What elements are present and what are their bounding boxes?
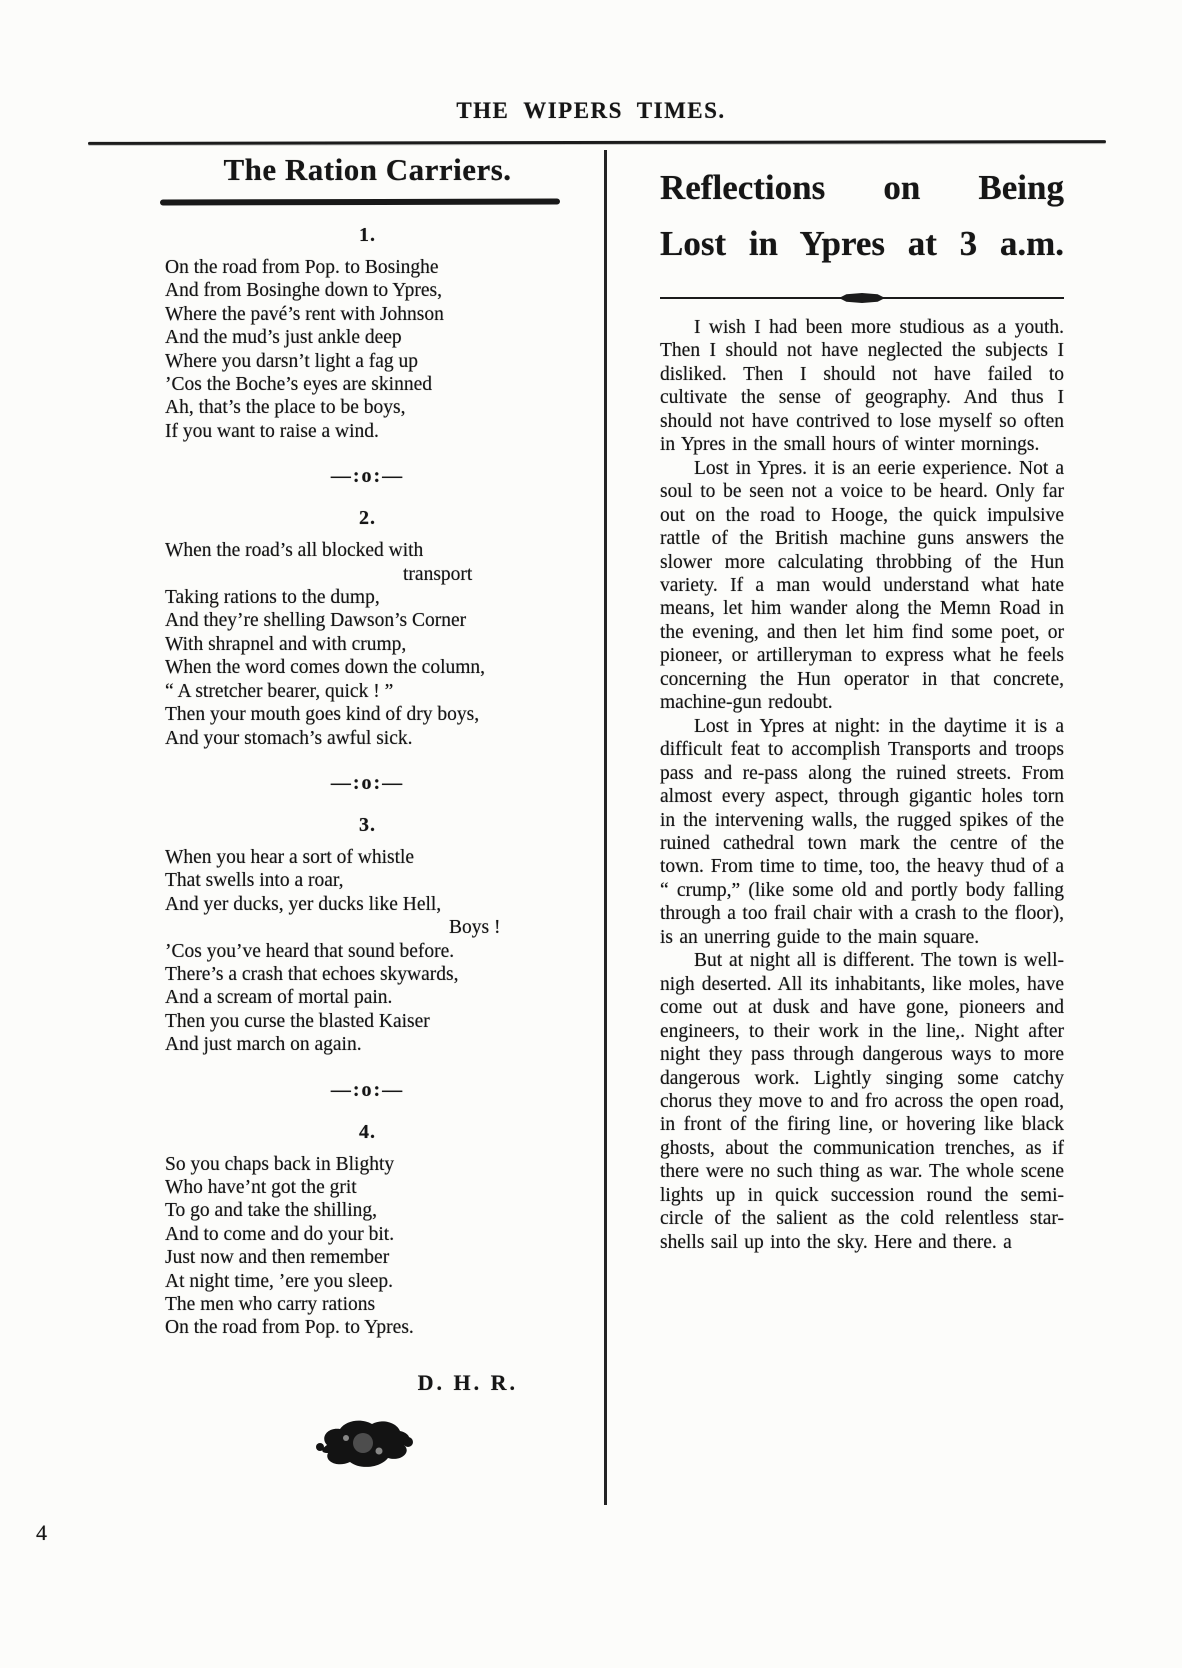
article-ration-carriers: The Ration Carriers. 1. On the road from… (165, 152, 570, 1472)
diamond-icon (839, 293, 885, 303)
poem-line: Where the pavé’s rent with Johnson (165, 303, 570, 326)
article-paragraph: But at night all is different. The town … (660, 949, 1064, 1254)
poem-line: On the road from Pop. to Ypres. (165, 1316, 570, 1339)
poem-line: And from Bosinghe down to Ypres, (165, 279, 570, 302)
stanza-lines: When you hear a sort of whistleThat swel… (165, 846, 570, 1057)
masthead-rule (88, 140, 1106, 145)
poem-line: ’Cos the Boche’s eyes are skinned (165, 373, 570, 396)
article-paragraph: Lost in Ypres. it is an eerie experience… (660, 457, 1064, 715)
page-number: 4 (36, 1520, 47, 1546)
poem-line: When you hear a sort of whistle (165, 846, 570, 869)
stanza-number: 3. (165, 814, 570, 837)
poem-stanza-4: 4. So you chaps back in BlightyWho have’… (165, 1121, 570, 1340)
poem-line: And just march on again. (165, 1033, 570, 1056)
poem-stanza-1: 1. On the road from Pop. to BosingheAnd … (165, 224, 570, 443)
poem-stanza-3: 3. When you hear a sort of whistleThat s… (165, 814, 570, 1057)
poem-line: And to come and do your bit. (165, 1223, 570, 1246)
ornament-line-left (660, 297, 842, 300)
poem-line: Taking rations to the dump, (165, 586, 570, 609)
poem-stanza-2: 2. When the road’s all blocked withtrans… (165, 507, 570, 750)
poem-line: On the road from Pop. to Bosinghe (165, 256, 570, 279)
column-divider (604, 150, 607, 1505)
poem-line: When the road’s all blocked with (165, 539, 570, 562)
poem-line: And yer ducks, yer ducks like Hell, (165, 893, 570, 916)
poem-line: Where you darsn’t light a fag up (165, 350, 570, 373)
ornament-line-right (882, 297, 1064, 300)
poem-title: The Ration Carriers. (165, 152, 570, 188)
poem-line: To go and take the shilling, (165, 1199, 570, 1222)
stanza-lines: On the road from Pop. to BosingheAnd fro… (165, 256, 570, 443)
poem-line: That swells into a roar, (165, 869, 570, 892)
masthead-title: THE WIPERS TIMES. (0, 98, 1182, 124)
article-title-line2: Lost in Ypres at 3 a.m. (660, 216, 1064, 272)
poem-line: Then your mouth goes kind of dry boys, (165, 703, 570, 726)
stanza-number: 4. (165, 1121, 570, 1144)
poem-line: “ A stretcher bearer, quick ! ” (165, 680, 570, 703)
poem-line: There’s a crash that echoes skywards, (165, 963, 570, 986)
poem-line: Then you curse the blasted Kaiser (165, 1010, 570, 1033)
ink-blot-icon (313, 1416, 415, 1472)
poem-line: Just now and then remember (165, 1246, 570, 1269)
article-title-line1: Reflections on Being (660, 160, 1064, 216)
poem-line: And they’re shelling Dawson’s Corner (165, 609, 570, 632)
stanza-number: 1. (165, 224, 570, 247)
article-title: Reflections on Being Lost in Ypres at 3 … (660, 160, 1064, 272)
ornamental-divider: —:o:— (165, 465, 570, 488)
poem-line: When the word comes down the column, (165, 656, 570, 679)
poem-line: ’Cos you’ve heard that sound before. (165, 940, 570, 963)
stanza-number: 2. (165, 507, 570, 530)
poem-title-rule (160, 198, 560, 205)
article-body: I wish I had been more studious as a you… (660, 316, 1064, 1254)
poem-line: And the mud’s just ankle deep (165, 326, 570, 349)
ink-blot-decoration (313, 1416, 570, 1472)
poem-line: And your stomach’s awful sick. (165, 727, 570, 750)
poem-line: With shrapnel and with crump, (165, 633, 570, 656)
article-paragraph: I wish I had been more studious as a you… (660, 316, 1064, 457)
ornamental-divider: —:o:— (165, 772, 570, 795)
author-signature: D. H. R. (165, 1370, 570, 1396)
title-ornament-divider (660, 293, 1064, 303)
article-paragraph: Lost in Ypres at night: in the daytime i… (660, 715, 1064, 950)
newspaper-page: THE WIPERS TIMES. The Ration Carriers. 1… (0, 0, 1182, 1668)
poem-line: And a scream of mortal pain. (165, 986, 570, 1009)
article-reflections: Reflections on Being Lost in Ypres at 3 … (660, 160, 1064, 1254)
poem-line: transport (165, 563, 570, 586)
poem-line: The men who carry rations (165, 1293, 570, 1316)
poem-line: At night time, ’ere you sleep. (165, 1270, 570, 1293)
poem-line: Ah, that’s the place to be boys, (165, 396, 570, 419)
stanza-lines: So you chaps back in BlightyWho have’nt … (165, 1153, 570, 1340)
ornamental-divider: —:o:— (165, 1079, 570, 1102)
poem-line: Boys ! (165, 916, 570, 939)
poem-line: If you want to raise a wind. (165, 420, 570, 443)
poem-line: Who have’nt got the grit (165, 1176, 570, 1199)
stanza-lines: When the road’s all blocked withtranspor… (165, 539, 570, 750)
poem-line: So you chaps back in Blighty (165, 1153, 570, 1176)
